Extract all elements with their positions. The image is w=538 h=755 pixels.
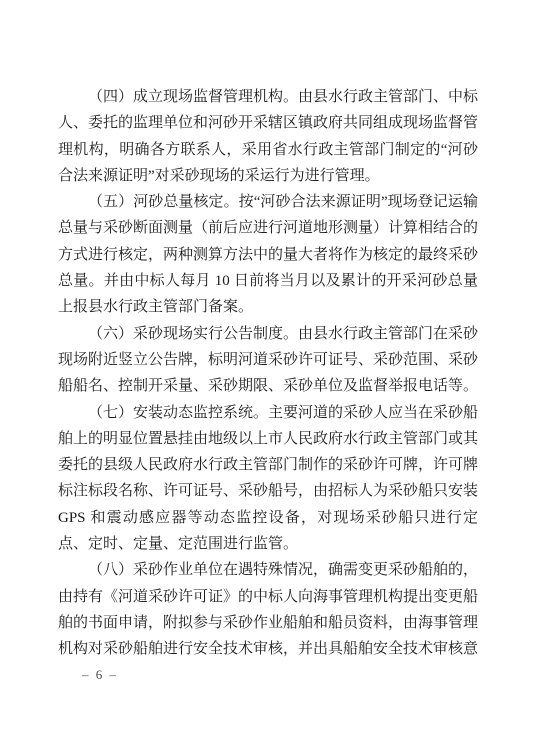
paragraph-item-4: （四）成立现场监督管理机构。由县水行政主管部门、中标人、委托的监理单位和河砂开采…	[58, 84, 478, 189]
paragraph-item-8: （八）采砂作业单位在遇特殊情况，确需变更采砂船舶的，由持有《河道采砂许可证》的中…	[58, 557, 478, 662]
document-page: （四）成立现场监督管理机构。由县水行政主管部门、中标人、委托的监理单位和河砂开采…	[0, 0, 538, 755]
document-body: （四）成立现场监督管理机构。由县水行政主管部门、中标人、委托的监理单位和河砂开采…	[58, 84, 478, 663]
paragraph-item-5: （五）河砂总量核定。按“河砂合法来源证明”现场登记运输总量与采砂断面测量（前后应…	[58, 189, 478, 320]
page-number: – 6 –	[82, 667, 118, 683]
paragraph-item-7: （七）安装动态监控系统。主要河道的采砂人应当在采砂船舶上的明显位置悬挂由地级以上…	[58, 400, 478, 558]
paragraph-item-6: （六）采砂现场实行公告制度。由县水行政主管部门在采砂现场附近竖立公告牌，标明河道…	[58, 321, 478, 400]
